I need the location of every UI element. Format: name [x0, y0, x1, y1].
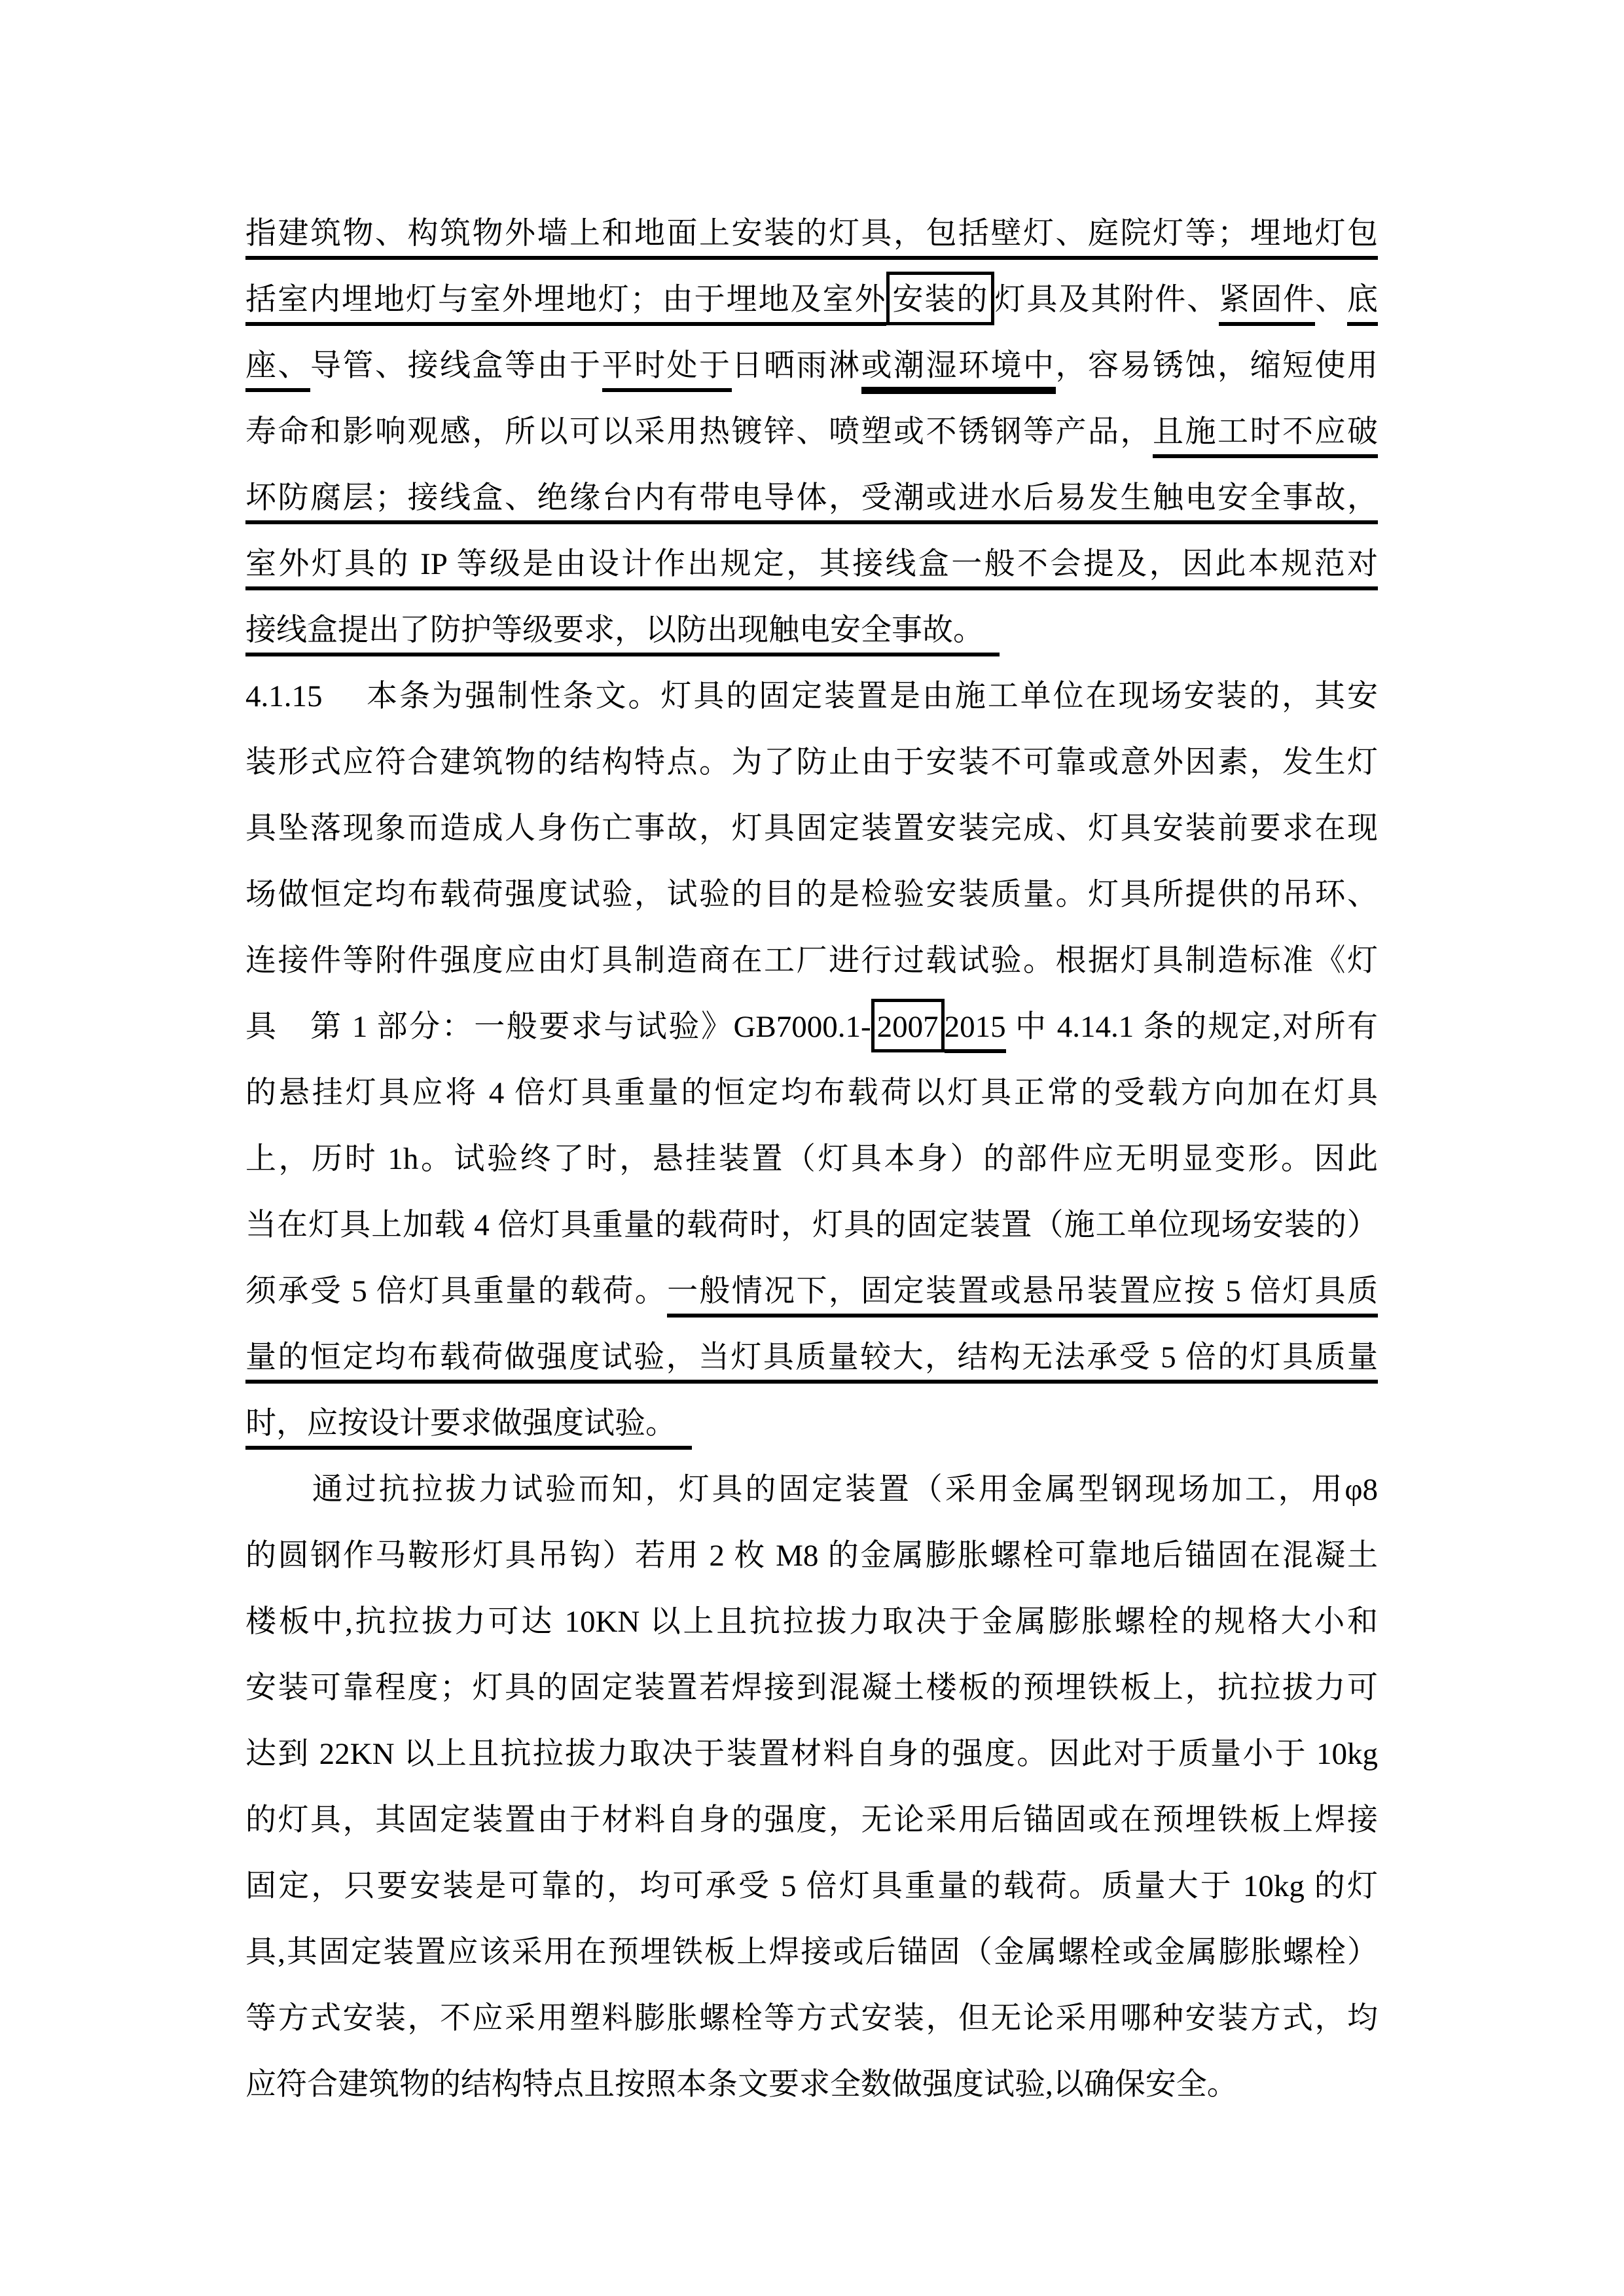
underlined-text-segment: 底 [1347, 283, 1378, 326]
text-line: 具,其固定装置应该采用在预埋铁板上焊接或后锚固（金属螺栓或金属膨胀螺栓） [245, 1920, 1378, 1986]
revision-box: 2007 [871, 999, 945, 1052]
text-line: 固定，只要安装是可靠的，均可承受 5 倍灯具重量的载荷。质量大于 10kg 的灯 [245, 1854, 1378, 1920]
underlined-text-segment: 括室内埋地灯与室外埋地灯；由于埋地及室外 [245, 283, 886, 326]
text-line: 4.1.15 本条为强制性条文。灯具的固定装置是由施工单位在现场安装的，其安 [245, 664, 1378, 730]
text-segment: 固定，只要安装是可靠的，均可承受 5 倍灯具重量的载荷。质量大于 10kg 的灯 [245, 1869, 1378, 1903]
underlined-text-segment: 或潮湿环境中 [861, 349, 1056, 394]
text-line: 座、导管、接线盒等由于平时处于日晒雨淋或潮湿环境中，容易锈蚀，缩短使用 [245, 333, 1378, 399]
underlined-text-segment: 紧固件 [1219, 283, 1315, 326]
text-line: 连接件等附件强度应由灯具制造商在工厂进行过载试验。根据灯具制造标准《灯 [245, 928, 1378, 994]
text-segment: 通过抗拉拔力试验而知，灯具的固定装置（采用金属型钢现场加工，用φ8 [245, 1473, 1378, 1507]
text-line: 的灯具，其固定装置由于材料自身的强度，无论采用后锚固或在预埋铁板上焊接 [245, 1787, 1378, 1854]
text-line: 具 第 1 部分：一般要求与试验》GB7000.1-20072015 中 4.1… [245, 994, 1378, 1060]
text-segment: 等方式安装，不应采用塑料膨胀螺栓等方式安装，但无论采用哪种安装方式，均 [245, 2001, 1378, 2036]
text-line: 室外灯具的 IP 等级是由设计作出规定，其接线盒一般不会提及，因此本规范对 [245, 531, 1378, 598]
text-segment: ，容易锈蚀，缩短使用 [1056, 349, 1379, 383]
text-line: 坏防腐层；接线盒、绝缘台内有带电导体，受潮或进水后易发生触电安全事故， [245, 465, 1378, 531]
text-line: 应符合建筑物的结构特点且按照本条文要求全数做强度试验,以确保安全。 [245, 2052, 1378, 2118]
underlined-text-segment: 坏防腐层；接线盒、绝缘台内有带电导体，受潮或进水后易发生触电安全事故， [245, 481, 1378, 524]
text-segment: 的悬挂灯具应将 4 倍灯具重量的恒定均布载荷以灯具正常的受载方向加在灯具 [245, 1076, 1378, 1110]
underlined-text-segment: 时，应按设计要求做强度试验。 [245, 1407, 692, 1450]
text-segment: 具坠落现象而造成人身伤亡事故，灯具固定装置安装完成、灯具安装前要求在现 [245, 812, 1378, 846]
underlined-text-segment: 指建筑物、构筑物外墙上和地面上安装的灯具，包括壁灯、庭院灯等；埋地灯包 [245, 217, 1378, 260]
text-line: 时，应按设计要求做强度试验。 [245, 1391, 1378, 1457]
text-segment: 的圆钢作马鞍形灯具吊钩）若用 2 枚 M8 的金属膨胀螺栓可靠地后锚固在混凝土 [245, 1539, 1378, 1573]
text-segment: 楼板中,抗拉拔力可达 10KN 以上且抗拉拔力取决于金属膨胀螺栓的规格大小和 [245, 1605, 1378, 1639]
underlined-text-segment: 量的恒定均布载荷做强度试验，当灯具质量较大，结构无法承受 5 倍的灯具质量 [245, 1340, 1378, 1384]
text-line: 达到 22KN 以上且抗拉拔力取决于装置材料自身的强度。因此对于质量小于 10k… [245, 1721, 1378, 1787]
text-segment: 具 第 1 部分：一般要求与试验》GB7000.1- [245, 1010, 871, 1044]
text-segment: 中 4.14.1 条的规定,对所有 [1006, 1010, 1378, 1044]
underlined-text-segment: 一般情况下，固定装置或悬吊装置应按 5 倍灯具质 [667, 1274, 1378, 1318]
text-line: 的圆钢作马鞍形灯具吊钩）若用 2 枚 M8 的金属膨胀螺栓可靠地后锚固在混凝土 [245, 1523, 1378, 1589]
text-segment: 日晒雨淋 [732, 349, 861, 383]
document-page: 指建筑物、构筑物外墙上和地面上安装的灯具，包括壁灯、庭院灯等；埋地灯包括室内埋地… [0, 0, 1624, 2296]
text-segment: 应符合建筑物的结构特点且按照本条文要求全数做强度试验,以确保安全。 [245, 2068, 1238, 2102]
text-line: 括室内埋地灯与室外埋地灯；由于埋地及室外安装的灯具及其附件、紧固件、底 [245, 267, 1378, 333]
text-segment: 寿命和影响观感，所以可以采用热镀锌、喷塑或不锈钢等产品， [245, 415, 1153, 449]
document-lines: 指建筑物、构筑物外墙上和地面上安装的灯具，包括壁灯、庭院灯等；埋地灯包括室内埋地… [245, 201, 1378, 2118]
underlined-text-segment: 2015 [945, 1010, 1006, 1053]
text-segment: 达到 22KN 以上且抗拉拔力取决于装置材料自身的强度。因此对于质量小于 10k… [245, 1737, 1378, 1771]
text-segment: 安装可靠程度；灯具的固定装置若焊接到混凝土楼板的预埋铁板上，抗拉拔力可 [245, 1671, 1378, 1705]
underlined-text-segment: 室外灯具的 IP 等级是由设计作出规定，其接线盒一般不会提及，因此本规范对 [245, 547, 1378, 590]
text-line: 当在灯具上加载 4 倍灯具重量的载荷时，灯具的固定装置（施工单位现场安装的） [245, 1193, 1378, 1259]
text-line: 具坠落现象而造成人身伤亡事故，灯具固定装置安装完成、灯具安装前要求在现 [245, 796, 1378, 862]
text-line: 指建筑物、构筑物外墙上和地面上安装的灯具，包括壁灯、庭院灯等；埋地灯包 [245, 201, 1378, 267]
text-segment: 导管、接线盒等由于 [310, 349, 602, 383]
text-line: 安装可靠程度；灯具的固定装置若焊接到混凝土楼板的预埋铁板上，抗拉拔力可 [245, 1655, 1378, 1721]
text-segment: 当在灯具上加载 4 倍灯具重量的载荷时，灯具的固定装置（施工单位现场安装的） [245, 1208, 1378, 1242]
text-segment: 装形式应符合建筑物的结构特点。为了防止由于安装不可靠或意外因素，发生灯 [245, 745, 1378, 780]
revision-box: 安装的 [886, 272, 994, 325]
text-segment: 场做恒定均布载荷强度试验，试验的目的是检验安装质量。灯具所提供的吊环、 [245, 878, 1378, 912]
text-line: 接线盒提出了防护等级要求，以防出现触电安全事故。 [245, 598, 1378, 664]
text-line: 场做恒定均布载荷强度试验，试验的目的是检验安装质量。灯具所提供的吊环、 [245, 862, 1378, 928]
underlined-text-segment: 且施工时不应破 [1153, 415, 1378, 458]
text-line: 量的恒定均布载荷做强度试验，当灯具质量较大，结构无法承受 5 倍的灯具质量 [245, 1325, 1378, 1391]
text-line: 楼板中,抗拉拔力可达 10KN 以上且抗拉拔力取决于金属膨胀螺栓的规格大小和 [245, 1589, 1378, 1655]
text-line: 寿命和影响观感，所以可以采用热镀锌、喷塑或不锈钢等产品，且施工时不应破 [245, 399, 1378, 465]
underlined-text-segment: 平时处于 [602, 349, 732, 392]
text-line: 须承受 5 倍灯具重量的载荷。一般情况下，固定装置或悬吊装置应按 5 倍灯具质 [245, 1259, 1378, 1325]
text-line: 通过抗拉拔力试验而知，灯具的固定装置（采用金属型钢现场加工，用φ8 [245, 1457, 1378, 1523]
text-segment: 的灯具，其固定装置由于材料自身的强度，无论采用后锚固或在预埋铁板上焊接 [245, 1803, 1378, 1837]
underlined-text-segment: 座、 [245, 349, 310, 392]
text-segment: 连接件等附件强度应由灯具制造商在工厂进行过载试验。根据灯具制造标准《灯 [245, 944, 1378, 978]
text-line: 的悬挂灯具应将 4 倍灯具重量的恒定均布载荷以灯具正常的受载方向加在灯具 [245, 1060, 1378, 1126]
text-segment: 、 [1315, 283, 1347, 317]
text-line: 等方式安装，不应采用塑料膨胀螺栓等方式安装，但无论采用哪种安装方式，均 [245, 1986, 1378, 2052]
text-segment: 4.1.15 本条为强制性条文。灯具的固定装置是由施工单位在现场安装的，其安 [245, 679, 1378, 713]
text-line: 装形式应符合建筑物的结构特点。为了防止由于安装不可靠或意外因素，发生灯 [245, 730, 1378, 796]
text-segment: 须承受 5 倍灯具重量的载荷。 [245, 1274, 667, 1308]
text-segment: 上，历时 1h。试验终了时，悬挂装置（灯具本身）的部件应无明显变形。因此 [245, 1142, 1378, 1176]
text-segment: 灯具及其附件、 [994, 283, 1219, 317]
text-line: 上，历时 1h。试验终了时，悬挂装置（灯具本身）的部件应无明显变形。因此 [245, 1126, 1378, 1193]
underlined-text-segment: 接线盒提出了防护等级要求，以防出现触电安全事故。 [245, 613, 1000, 656]
text-segment: 具,其固定装置应该采用在预埋铁板上焊接或后锚固（金属螺栓或金属膨胀螺栓） [245, 1935, 1378, 1969]
